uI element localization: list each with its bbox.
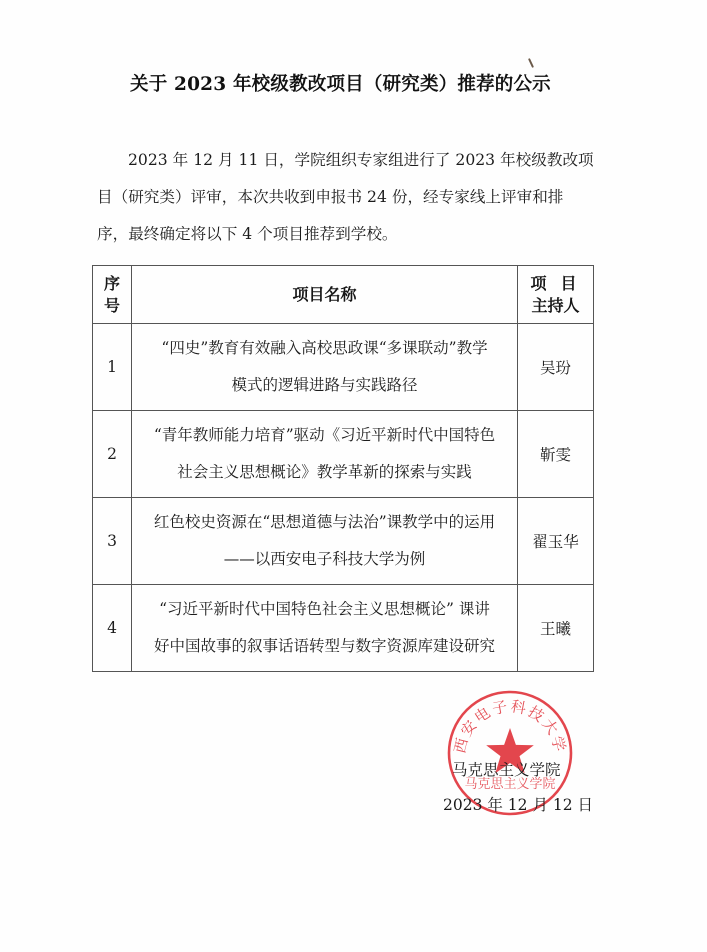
paragraph-line: 序，最终确定将以下 4 个项目推荐到学校。 — [97, 216, 617, 253]
header-host: 项目 主持人 — [518, 266, 594, 324]
table-row: 3 红色校史资源在“思想道德与法治”课教学中的运用 ——以西安电子科技大学为例 … — [93, 498, 594, 585]
table-row: 4 “习近平新时代中国特色社会主义思想概论” 课讲 好中国故事的叙事话语转型与数… — [93, 585, 594, 672]
row-host: 靳雯 — [518, 411, 594, 498]
intro-paragraph: 2023 年 12 月 11 日，学院组织专家组进行了 2023 年校级教改项 … — [97, 142, 617, 253]
row-seq: 4 — [93, 585, 132, 672]
paragraph-line: 2023 年 12 月 11 日，学院组织专家组进行了 2023 年校级教改项 — [97, 142, 617, 179]
table-row: 1 “四史”教育有效融入高校思政课“多课联动”教学 模式的逻辑进路与实践路径 吴… — [93, 324, 594, 411]
table-row: 2 “青年教师能力培育”驱动《习近平新时代中国特色 社会主义思想概论》教学革新的… — [93, 411, 594, 498]
row-host: 吴玢 — [518, 324, 594, 411]
row-seq: 3 — [93, 498, 132, 585]
row-host: 王曦 — [518, 585, 594, 672]
document-page: 关于 2023 年校级教改项目（研究类）推荐的公示 2023 年 12 月 11… — [0, 0, 707, 952]
document-title: 关于 2023 年校级教改项目（研究类）推荐的公示 — [130, 70, 590, 96]
pen-mark — [528, 58, 534, 68]
header-seq: 序 号 — [93, 266, 132, 324]
row-project-name: 红色校史资源在“思想道德与法治”课教学中的运用 ——以西安电子科技大学为例 — [132, 498, 518, 585]
row-project-name: “四史”教育有效融入高校思政课“多课联动”教学 模式的逻辑进路与实践路径 — [132, 324, 518, 411]
row-project-name: “习近平新时代中国特色社会主义思想概论” 课讲 好中国故事的叙事话语转型与数字资… — [132, 585, 518, 672]
row-seq: 2 — [93, 411, 132, 498]
table-header-row: 序 号 项目名称 项目 主持人 — [93, 266, 594, 324]
paragraph-line: 目（研究类）评审，本次共收到申报书 24 份，经专家线上评审和排 — [97, 179, 617, 216]
row-project-name: “青年教师能力培育”驱动《习近平新时代中国特色 社会主义思想概论》教学革新的探索… — [132, 411, 518, 498]
projects-table: 序 号 项目名称 项目 主持人 1 “四史”教育有效融入高校思政课“多课联动”教… — [92, 265, 594, 672]
signature-date: 2023 年 12 月 12 日 — [443, 793, 593, 815]
signature-unit: 马克思主义学院 — [452, 758, 561, 780]
header-project-name: 项目名称 — [132, 266, 518, 324]
row-seq: 1 — [93, 324, 132, 411]
row-host: 翟玉华 — [518, 498, 594, 585]
